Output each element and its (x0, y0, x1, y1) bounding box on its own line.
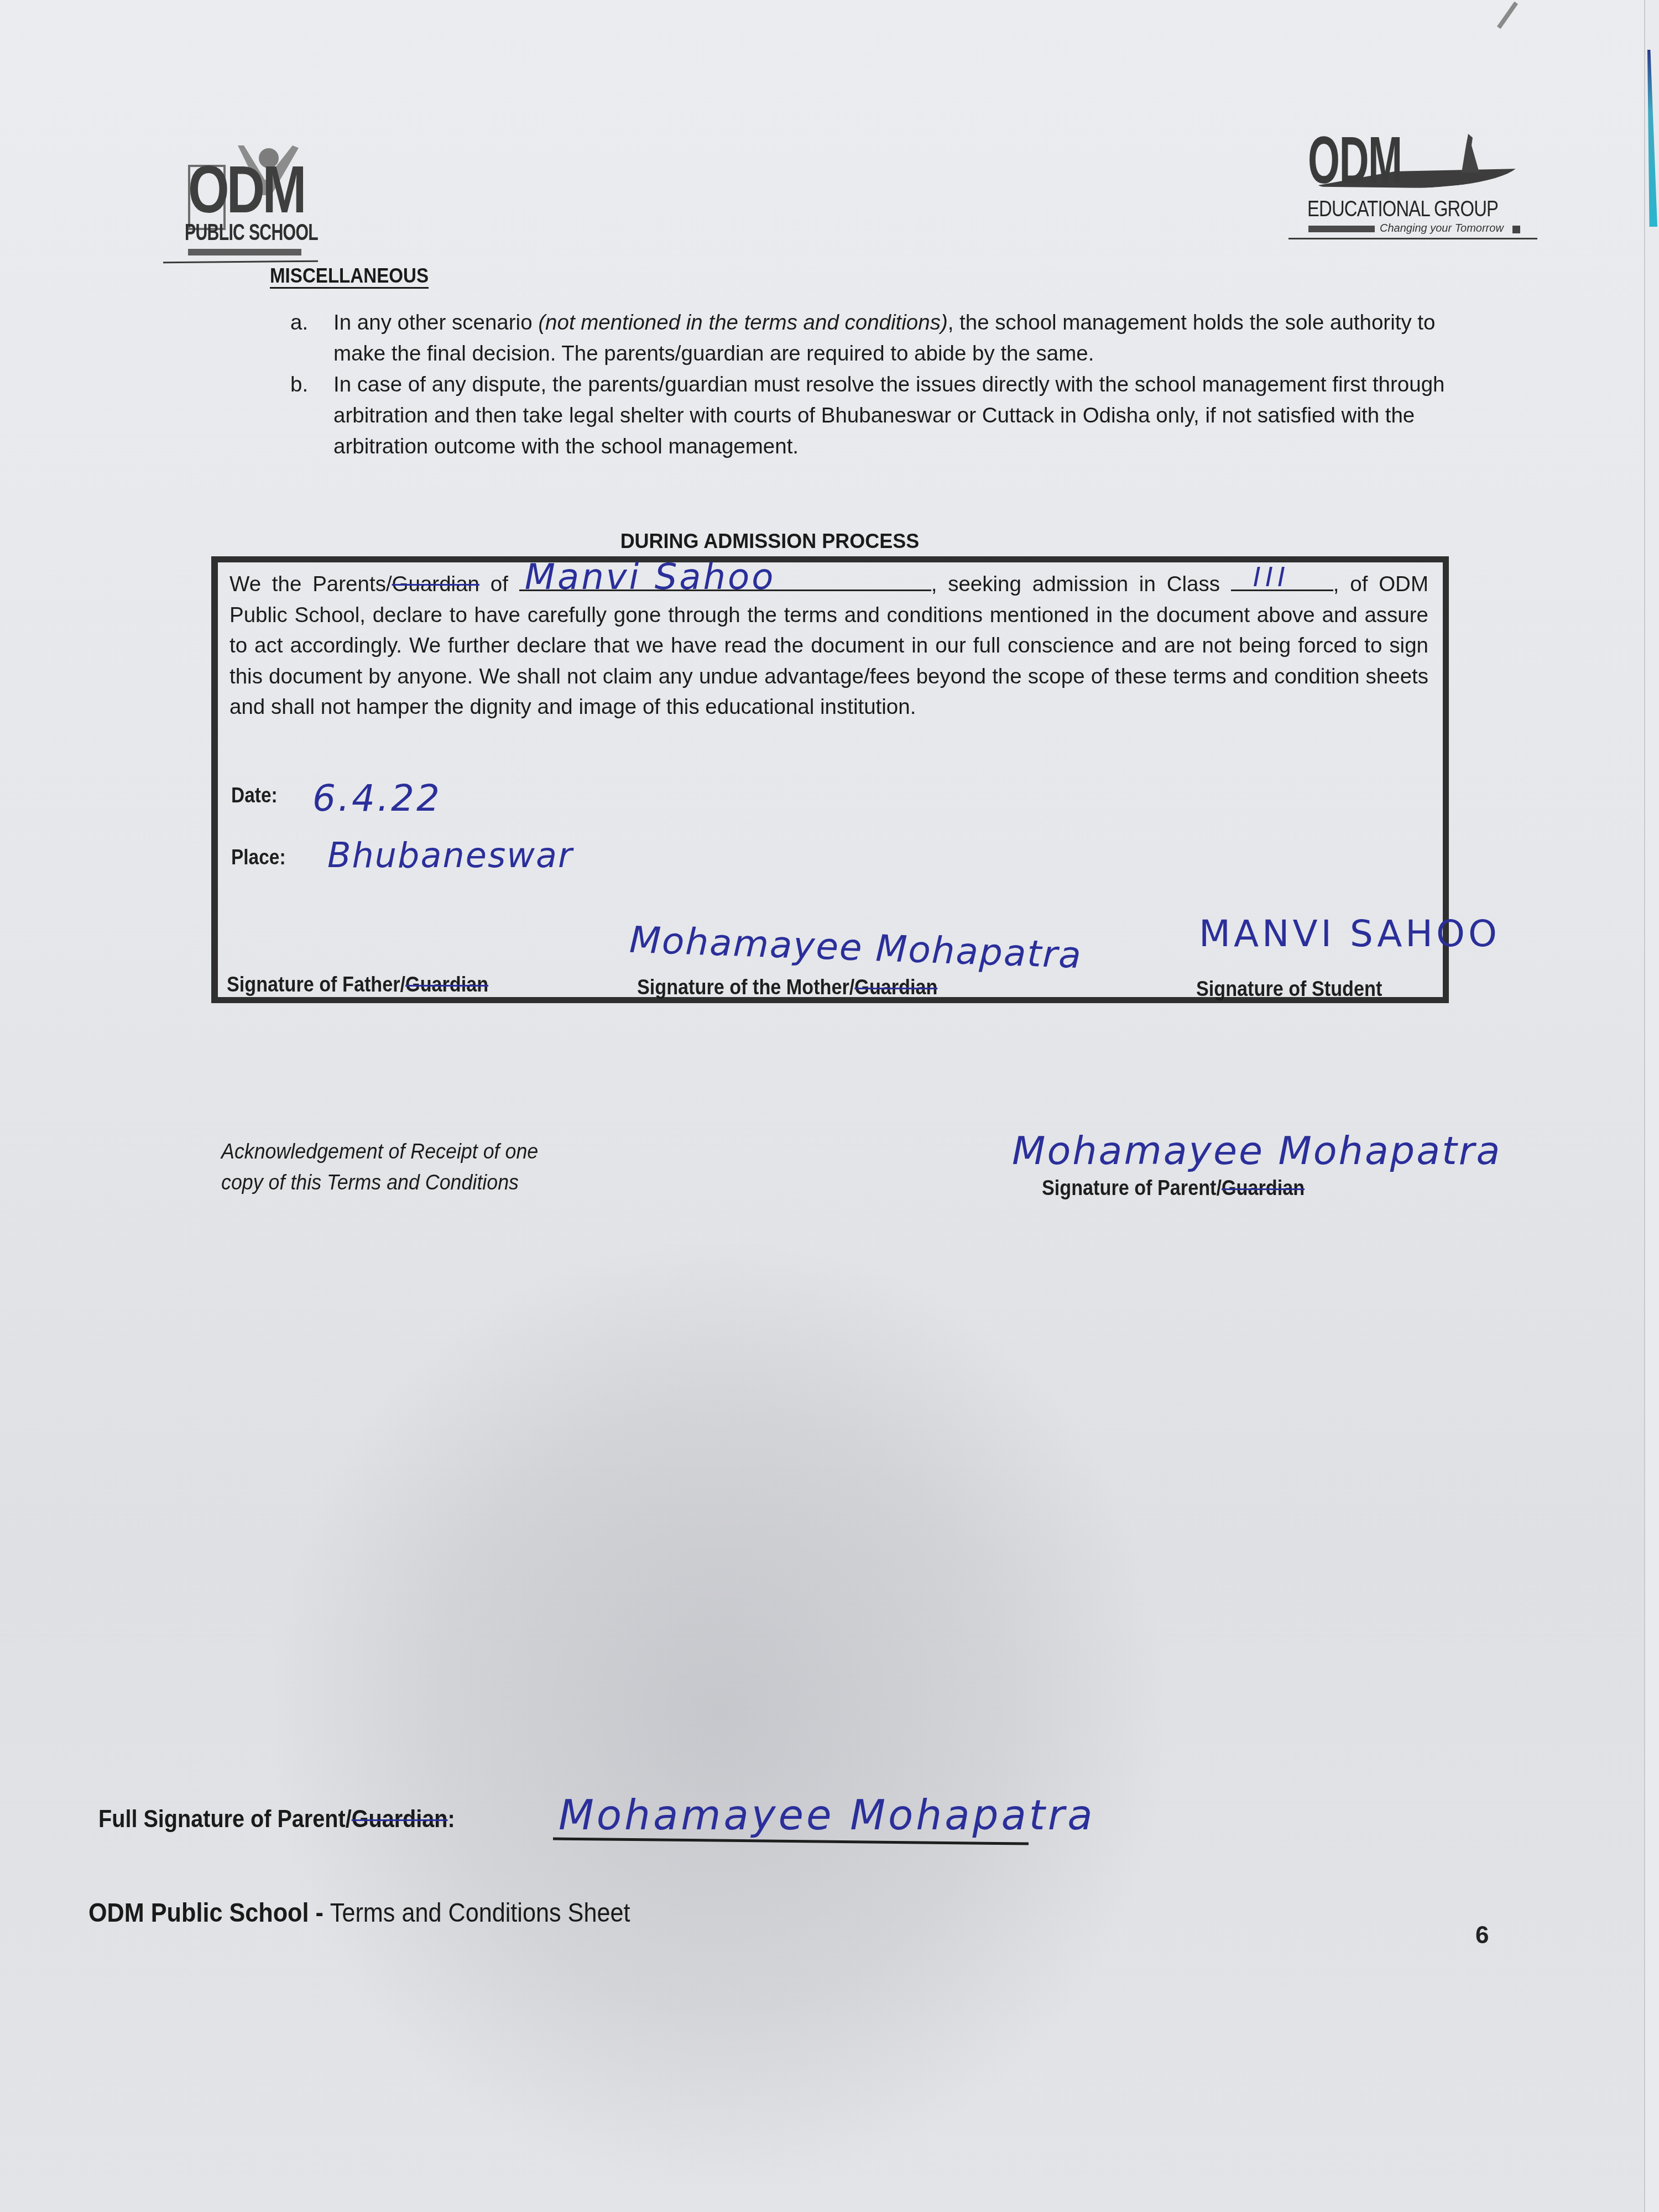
label-text: Signature of Parent/ (1042, 1177, 1222, 1200)
highlighter-mark (1647, 50, 1657, 227)
list-marker: b. (290, 369, 308, 400)
miscellaneous-title: MISCELLANEOUS (270, 264, 429, 288)
ack-line: copy of this Terms and Conditions (221, 1167, 538, 1198)
class-field[interactable]: III (1231, 567, 1333, 591)
label-text: Signature of the Mother/ (637, 976, 854, 999)
logo-right-name: ODM (1308, 127, 1402, 194)
footer-separator: - (309, 1898, 330, 1928)
student-signature-label: Signature of Student (1196, 978, 1382, 1001)
mother-signature-label: Signature of the Mother/Guardian (637, 976, 937, 1000)
date-label: Date: (231, 784, 278, 808)
parent-signature-label: Signature of Parent/Guardian (1042, 1177, 1305, 1201)
logo-left-name: ODM (188, 156, 304, 223)
struck-guardian: Guardian (405, 973, 488, 997)
list-marker: a. (290, 307, 308, 338)
ack-line: Acknowledgement of Receipt of one (221, 1136, 538, 1167)
place-label: Place: (231, 846, 286, 870)
class-handwritten: III (1253, 562, 1290, 593)
footer-sheet-title: Terms and Conditions Sheet (330, 1898, 630, 1928)
struck-guardian: Guardian (352, 1806, 448, 1833)
logo-left-subtitle: PUBLIC SCHOOL (185, 219, 318, 246)
page-number: 6 (1475, 1922, 1489, 1949)
label-text: Signature of Father/ (227, 973, 405, 997)
list-item: b.In case of any dispute, the parents/gu… (290, 369, 1446, 462)
logo-tag-bar (1308, 226, 1375, 232)
decl-text: We the Parents/ (229, 572, 392, 596)
struck-guardian: Guardian (1222, 1177, 1305, 1200)
struck-guardian: Guardian (854, 976, 937, 999)
place-field[interactable]: Bhubaneswar (327, 835, 573, 875)
declaration-text: We the Parents/Guardian of Manvi Sahoo, … (229, 567, 1428, 723)
logo-rower-icon (1457, 134, 1479, 173)
logo-tag-square (1512, 226, 1520, 233)
parent-signature[interactable]: Mohamayee Mohapatra (1012, 1128, 1501, 1173)
full-signature-label: Full Signature of Parent/Guardian: (98, 1806, 455, 1833)
label-text: Full Signature of Parent/ (98, 1806, 352, 1833)
logo-left-bar (188, 249, 301, 255)
footer-school: ODM Public School (88, 1898, 309, 1928)
label-text: : (447, 1806, 455, 1833)
item-text-italic: (not mentioned in the terms and conditio… (538, 311, 947, 335)
acknowledgement-text: Acknowledgement of Receipt of one copy o… (221, 1136, 538, 1198)
struck-guardian: Guardian (392, 572, 479, 596)
logo-right-subtitle: EDUCATIONAL GROUP (1307, 197, 1498, 222)
page-footer: ODM Public School - Terms and Conditions… (88, 1898, 630, 1928)
decl-text: of (479, 572, 519, 596)
decl-text: , seeking admission in Class (931, 572, 1231, 596)
student-name-field[interactable]: Manvi Sahoo (519, 567, 931, 591)
list-item: a.In any other scenario (not mentioned i… (290, 307, 1446, 369)
admission-heading: DURING ADMISSION PROCESS (0, 530, 1599, 553)
date-field[interactable]: 6.4.22 (312, 777, 442, 820)
student-name-handwritten: Manvi Sahoo (525, 562, 776, 593)
item-text: In any other scenario (333, 311, 538, 335)
miscellaneous-list: a.In any other scenario (not mentioned i… (290, 307, 1446, 462)
full-signature-field[interactable]: Mohamayee Mohapatra (559, 1792, 1095, 1839)
father-signature-label: Signature of Father/Guardian (227, 973, 488, 997)
student-signature[interactable]: MANVI SAHOO (1199, 912, 1500, 955)
header-rule-right (1288, 238, 1537, 239)
item-text: In case of any dispute, the parents/guar… (333, 373, 1445, 458)
odm-educational-group-logo: ODM EDUCATIONAL GROUP Changing your Tomo… (1305, 127, 1548, 238)
underlying-page-edge (1644, 0, 1659, 2212)
odm-public-school-logo: ODM PUBLIC SCHOOL (166, 126, 310, 259)
logo-tagline: Changing your Tomorrow (1380, 222, 1504, 235)
